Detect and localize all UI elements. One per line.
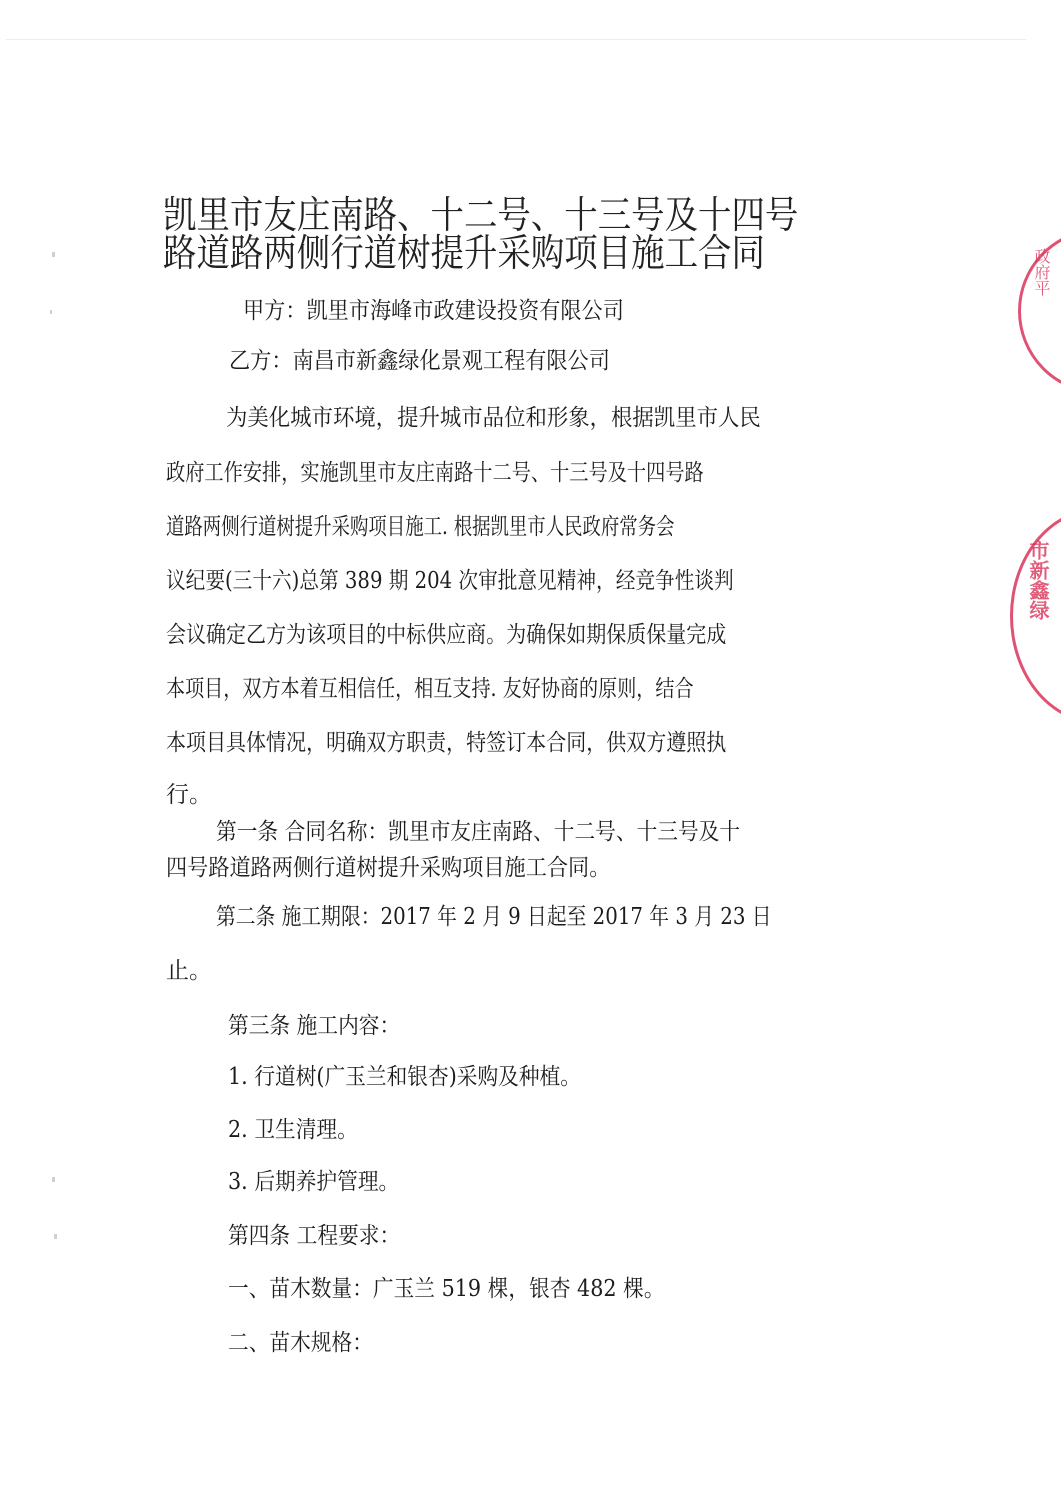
seal-top-text: 政府平 (1030, 248, 1053, 296)
binding-mark (50, 310, 52, 314)
article-3-heading: 第三条 施工内容： (228, 1011, 400, 1041)
article-3-item-2: 2. 卫生清理。 (228, 1115, 358, 1145)
preamble-line-2: 政府工作安排，实施凯里市友庄南路十二号、十三号及十四号路 (166, 458, 704, 488)
preamble-line-4: 议纪要(三十六)总第 389 期 204 次审批意见精神，经竞争性谈判 (166, 566, 734, 596)
article-2-line-2: 止。 (166, 956, 212, 986)
preamble-line-1: 为美化城市环境，提升城市品位和形象，根据凯里市人民 (226, 403, 761, 433)
preamble-line-7: 本项目具体情况，明确双方职责，特签订本合同，供双方遵照执 (166, 728, 726, 758)
seal-bottom-text: 市新鑫绿 (1024, 540, 1053, 620)
binding-mark (52, 1177, 55, 1182)
article-2-line-1: 第二条 施工期限：2017 年 2 月 9 日起至 2017 年 3 月 23 … (216, 902, 772, 932)
article-1-line-1: 第一条 合同名称：凯里市友庄南路、十二号、十三号及十 (216, 817, 740, 847)
article-3-item-3: 3. 后期养护管理。 (228, 1167, 399, 1197)
party-b: 乙方：南昌市新鑫绿化景观工程有限公司 (229, 346, 610, 376)
binding-mark (52, 252, 55, 257)
binding-mark (54, 1234, 57, 1239)
contract-page: 凯里市友庄南路、十二号、十三号及十四号 路道路两侧行道树提升采购项目施工合同 甲… (0, 0, 1061, 1500)
preamble-line-5: 会议确定乙方为该项目的中标供应商。为确保如期保质保量完成 (166, 620, 726, 650)
article-4-item-1: 一、苗木数量：广玉兰 519 棵，银杏 482 棵。 (228, 1274, 665, 1304)
preamble-line-3: 道路两侧行道树提升采购项目施工. 根据凯里市人民政府常务会 (166, 512, 675, 542)
article-3-item-1: 1. 行道树(广玉兰和银杏)采购及种植。 (228, 1062, 581, 1092)
scan-edge-line (6, 39, 1026, 40)
title-line-1: 凯里市友庄南路、十二号、十三号及十四号 (163, 196, 832, 234)
article-4-item-2: 二、苗木规格： (228, 1328, 373, 1358)
article-1-line-2: 四号路道路两侧行道树提升采购项目施工合同。 (166, 853, 610, 883)
preamble-line-6: 本项目，双方本着互相信任，相互支持. 友好协商的原则，结合 (166, 674, 694, 704)
title-line-2: 路道路两侧行道树提升采购项目施工合同 (163, 234, 832, 272)
party-a: 甲方：凯里市海峰市政建设投资有限公司 (243, 296, 624, 326)
preamble-line-8: 行。 (166, 780, 212, 810)
contract-title: 凯里市友庄南路、十二号、十三号及十四号 路道路两侧行道树提升采购项目施工合同 (163, 196, 832, 272)
article-4-heading: 第四条 工程要求： (228, 1221, 400, 1251)
